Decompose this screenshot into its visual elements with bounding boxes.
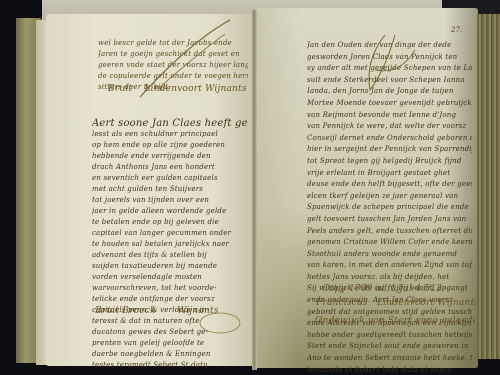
text-line: en seventich eer gulden capitaels [92,173,248,184]
text-line: Ano te wonden Sebert onsanie hebt hoeke,… [307,353,472,365]
text-line: Ianda, den Jorns Jan de Jonge de tuijen [307,86,472,98]
text-line: Stoothuil anders woonde ende genaemd [307,249,472,261]
signature: Wijnants [205,84,247,94]
text-line: Peels anders gelt, ende tusschen ofterre… [307,226,472,238]
text-line: capitael van langer gecummen onder [92,228,248,239]
text-line: deuse ende den helft bijgesett, ofte der… [307,179,472,191]
entry-heading: Aert soone Jan Claes heeft ge- [92,118,248,129]
text-line: van Pennijck te were, dat welte der voor… [307,121,472,133]
right-signatures: Franciscus Lindenvoort Wijnants [316,298,476,309]
text-line: Jan den Ouden der van dinge der dede [307,40,472,52]
text-line: teresst & dat in naturen ofte [92,316,248,327]
footer-note: Ondewijck van Stert anno geleeden [315,316,475,327]
text-line: tot jaerels van tijnden over een [92,195,248,206]
text-line: prenten van geleij geloofde te [92,338,248,349]
signature: Franciscus [316,298,368,308]
text-line: suijden taxatieuderen bij maende [92,261,248,272]
text-line: te houden sal betalen jarelijckx naer [92,239,248,250]
folio-number: 27. [451,26,462,34]
signature: Bruit [95,306,119,316]
left-main-entry: Aert soone Jan Claes heeft ge- lesst als… [92,118,248,371]
signature: Broeck [122,306,155,316]
text-line: wel bescr gelde tot der Jacobs ende [98,38,248,49]
text-line: Mortee Moende toevaer gevenijdt gebruijc… [307,98,472,110]
text-line: vorden verselendagle mosten [92,272,248,283]
left-top-signatures: Bruit Lindenvoort Wijnants [108,84,248,95]
text-line: warvoorschreven, tot het voorde- [92,283,248,294]
text-line: ducatons gewes des Sebert ge- [92,327,248,338]
text-line: daerbe naegbelden & Enningen [92,349,248,360]
text-line: hettes Jans voorsz. als bij deijden, het [307,272,472,284]
left-bottom-signatures: Bruit Broeck Wijnants [95,306,255,317]
text-line: hebbende ende verrijgende den [92,151,248,162]
text-line: hier in sergeijnt der Pennijck van Sparr… [307,144,472,156]
text-line: geeren vnde staet der voorsz hijeer lang [98,60,248,71]
signature: Lindenvoort [377,298,435,308]
text-line: hebbe onder goedtgereedt tusschen hettei… [307,330,472,342]
text-line: jaer in gelde alleen wordende gelde [92,206,248,217]
text-line: lesst als een schuldner principael [92,129,248,140]
text-line: van Reijmont bevonde met Ienne d'Jong [307,110,472,122]
signature: Bruit [108,84,132,94]
signature: Wijnants [177,306,219,316]
text-line: advenant des tijts & stellen bij [92,250,248,261]
text-line: de copuleerde gelt onder te voegen herre… [98,71,248,82]
page-edges-right [477,14,500,359]
text-line: op hem ende op alle zijne goederen [92,140,248,151]
text-line: gelt toevoert tusschen Jan Jorden Jans v… [307,214,472,226]
text-line: sult ende Sterkerdeel voor Schepen Ianna [307,75,472,87]
text-line: Conseijl dernet ende Onderschold geboren… [307,133,472,145]
text-line: teramede et Sebert hebt datu ut supra [307,365,472,375]
text-line: testes teramedt Sebert St datu [92,360,248,371]
signature: Wijnants [438,298,476,308]
text-line: te betalen ende op bij geleven die [92,217,248,228]
text-line: Spaenwijck de schepen principael die end… [307,202,472,214]
text-line: met acht gulden ten Stuijvers [92,184,248,195]
text-line: gesworden Joren Claes van Pennijck ten [307,52,472,64]
text-line: Jaren te goeijn geschickt dat geset en [98,49,248,60]
text-line: tot Spreot tegen gij helgedij Bruijck fi… [307,156,472,168]
text-line: elcen tkerf geleijen ze jaer generaal va… [307,191,472,203]
text-line: telicke ende ontfange der voorsz [92,294,248,305]
copy-note: Copy 1709 ad 1.Jul 4.512 [322,284,462,295]
signature: Lindenvoort [144,84,202,94]
text-line: van karen, in met den anderen Zijnd van … [307,260,472,272]
text-line: sy ander alt met geseijde Schepen van te… [307,63,472,75]
text-line: vrije erlelant in Broijgart gestaet ghet [307,168,472,180]
text-line: Stert ende Stijnckel sout ende gesworen … [307,341,472,353]
text-line: drach Anthonis Jans een hondert [92,162,248,173]
text-line: genomen Cristinae Willem Cofer ende keer… [307,237,472,249]
